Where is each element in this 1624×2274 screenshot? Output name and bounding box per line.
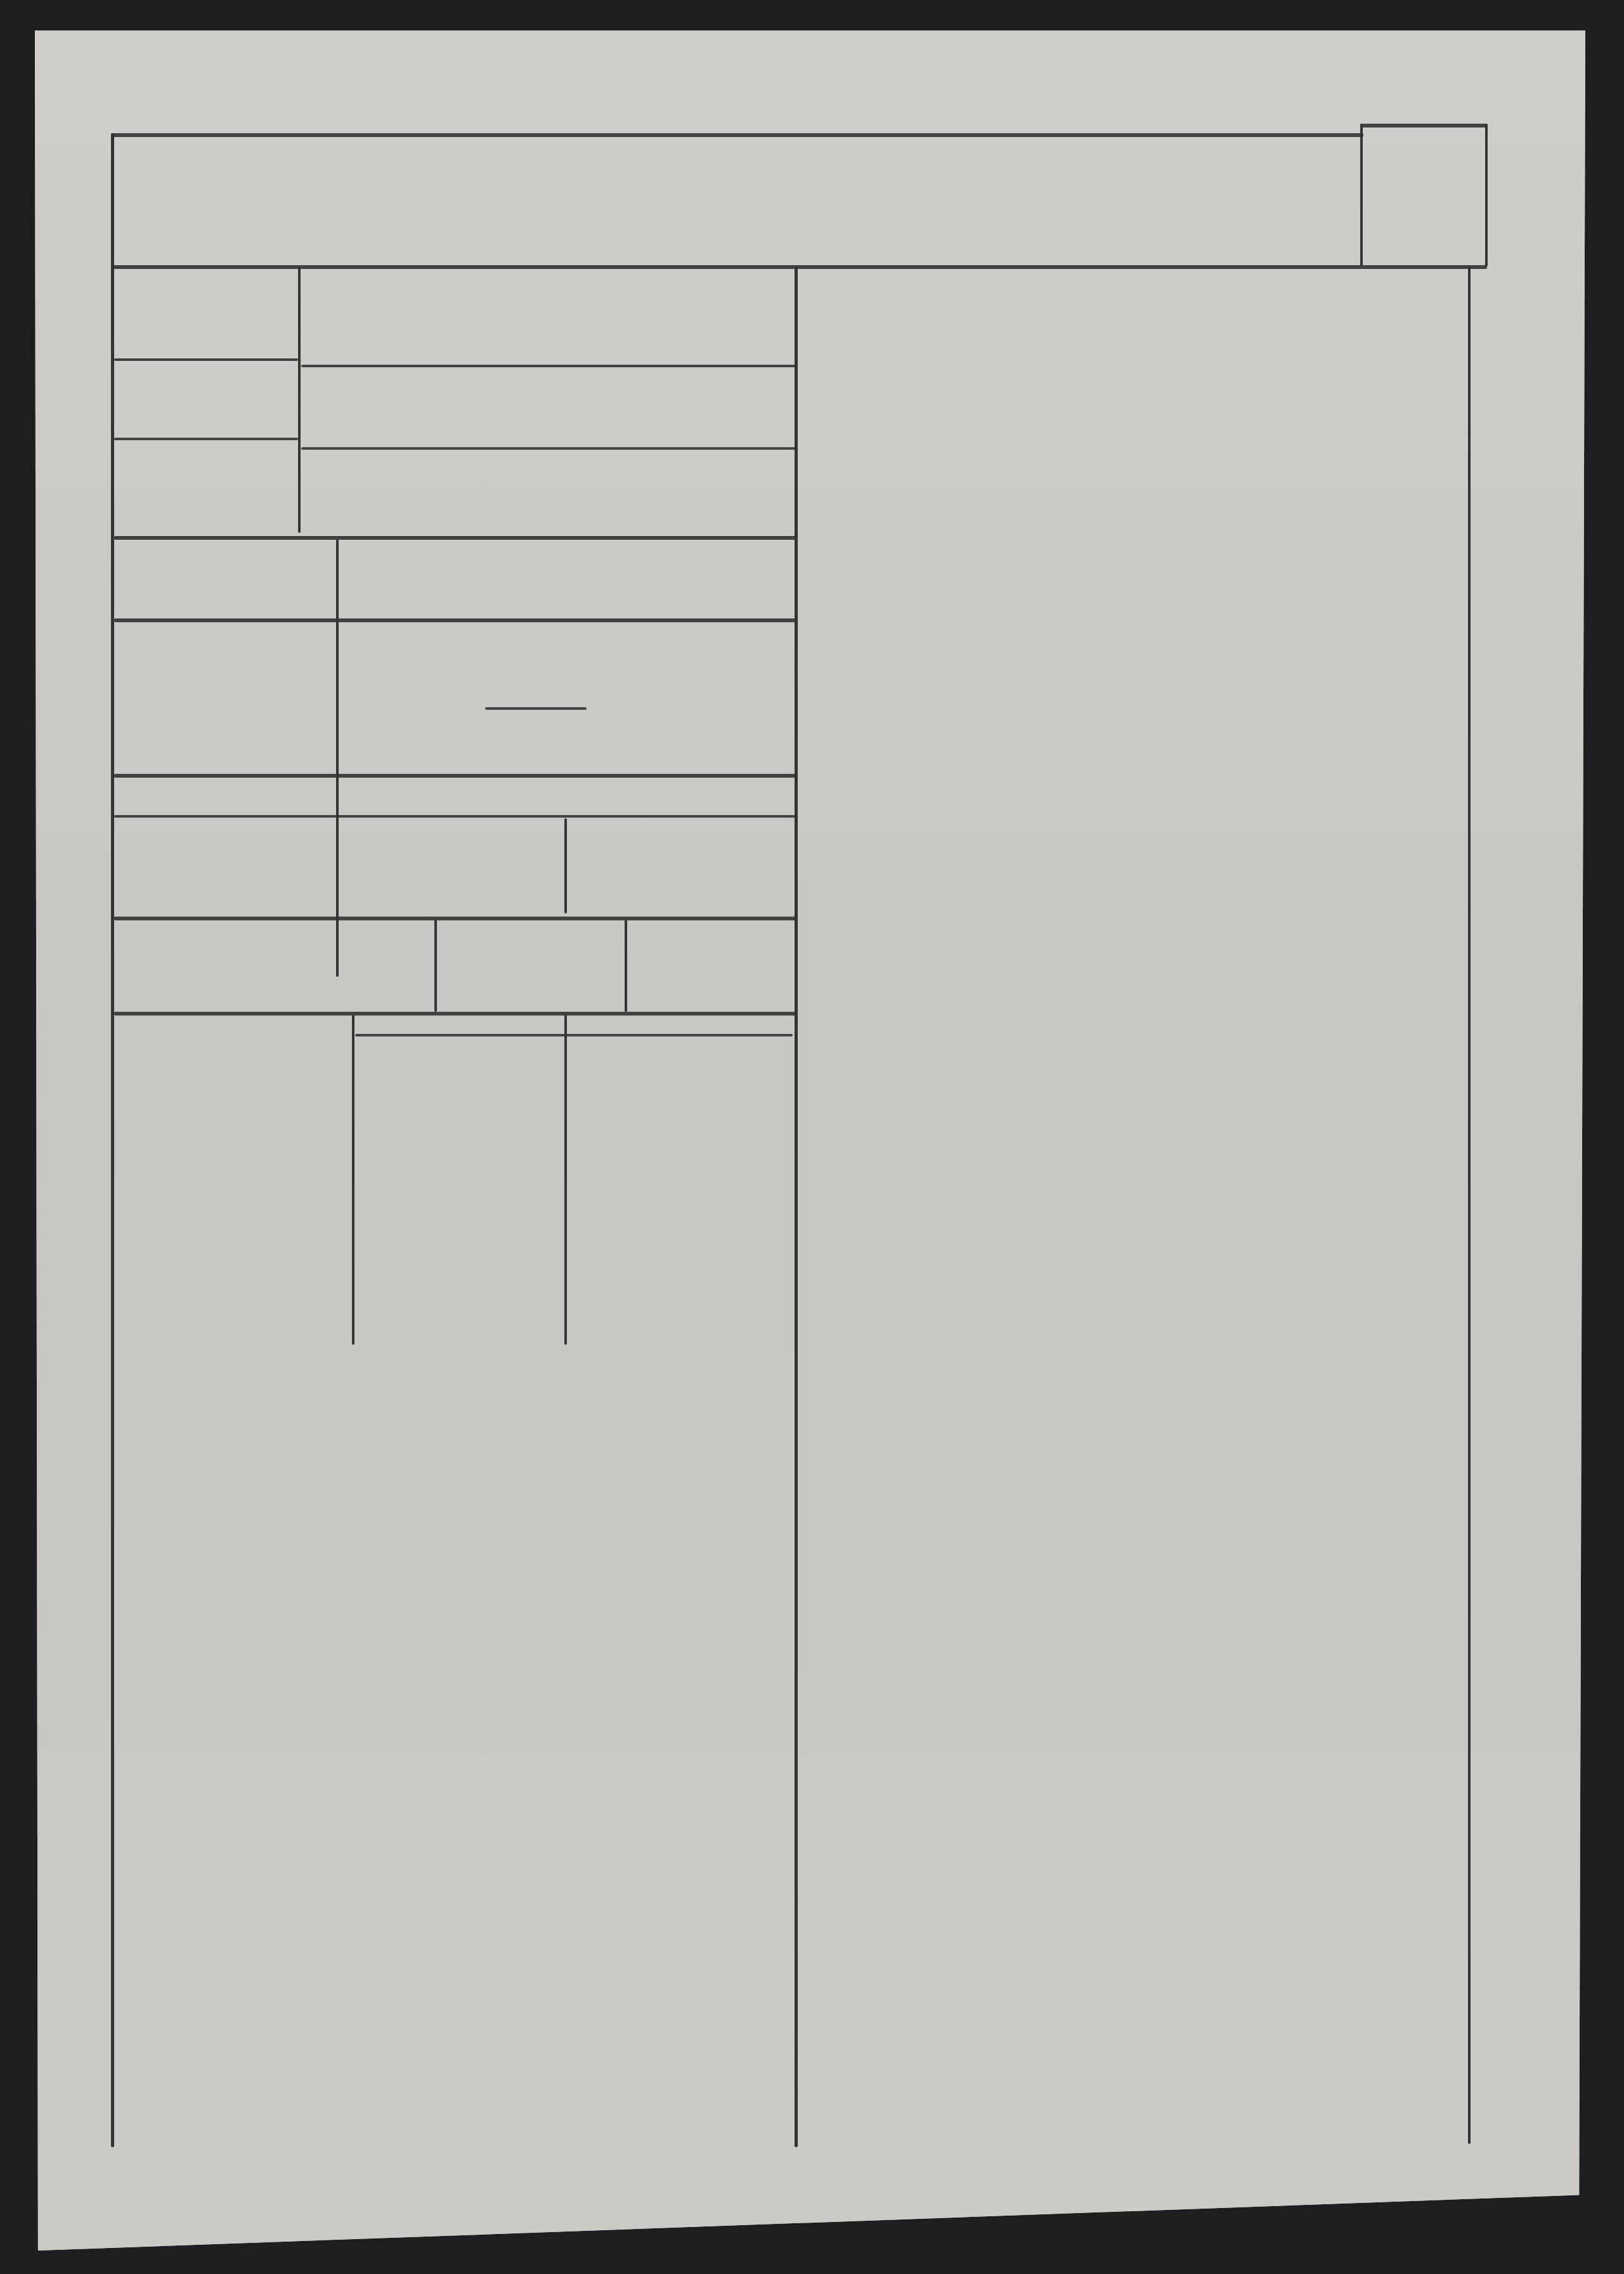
rule [114,358,298,361]
rule [111,133,1363,137]
rule [114,438,298,440]
rule [1360,124,1363,266]
rule [336,539,339,977]
rule [114,536,796,540]
rule [485,707,587,710]
rule [301,365,796,367]
rule [301,447,796,450]
rule [1360,124,1487,127]
rule [625,920,627,1012]
rule [111,265,1487,269]
rule [114,1012,796,1016]
rule [795,266,798,2147]
rule [564,818,567,913]
rule [434,920,437,1012]
rule [355,1034,793,1036]
rule [1468,266,1471,2144]
rule [564,1015,567,1345]
rule [114,815,796,818]
rule [298,266,301,533]
rule [114,618,796,622]
rule [114,774,796,778]
paper-sheet [35,30,1585,2251]
rule [111,133,114,2147]
rule [114,917,796,920]
rule [352,1015,354,1345]
rule [1485,124,1488,266]
